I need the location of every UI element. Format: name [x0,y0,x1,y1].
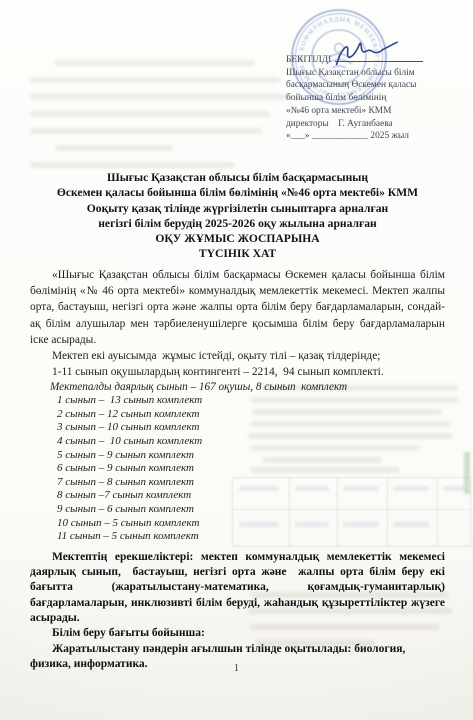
intro-paragraph: «Шығыс Қазақстан облысы білім басқармасы… [30,267,445,348]
class-complect-item: 6 сынып – 9 сынып комплект [57,462,445,476]
class-complect-item: 11 сынып – 5 сынып комплект [57,530,445,544]
class-complect-item: 7 сынып – 8 сынып комплект [57,476,445,490]
class-complect-item: 10 сынып – 5 сынып комплект [57,517,445,531]
document-body: Шығыс Қазақстан облысы білім басқармасын… [0,0,473,720]
signature-icon [331,35,413,75]
class-complect-item: 5 сынып – 9 сынып комплект [57,449,445,463]
title-line: негізгі білім берудің 2025-2026 оқу жылы… [30,216,445,231]
class-complect-item: 3 сынып – 10 сынып комплект [57,421,445,435]
title-line: Өскемен қаласы бойынша білім бөлімінің «… [30,185,445,200]
document-title: Шығыс Қазақстан облысы білім басқармасын… [30,170,445,262]
title-line: Шығыс Қазақстан облысы білім басқармасын… [30,170,445,185]
class-complect-list: 1 сынып – 13 сынып комплект 2 сынып – 12… [57,394,445,544]
title-line: ОҚУ ЖҰМЫС ЖОСПАРЫНА [30,231,445,246]
scanned-document-page: • КОММУНАЛДЫҚ МЕМЛЕКЕТТІК МЕКЕМЕСІ • ӨСК… [0,0,473,720]
class-complect-item: 8 сынып –7 сынып комплект [57,489,445,503]
class-complect-item: 2 сынып – 12 сынып комплект [57,408,445,422]
shift-line: Мектеп екі ауысымда жұмыс істейді, оқыту… [30,348,445,364]
features-paragraph: Мектептің ерекшеліктері: мектеп коммунал… [30,550,445,626]
title-line: Ооқыту қазақ тілінде жүргізілетін сыныпт… [30,201,445,216]
page-number: 1 [0,663,473,674]
title-line: ТҮСІНІК ХАТ [30,246,445,261]
contingent-line: 1-11 сынып оқушылардың контингенті – 221… [30,364,445,380]
class-complect-item: 9 сынып – 6 сынып комплект [57,503,445,517]
preschool-line: Мектепалды даярлық сынып – 167 оқушы, 8 … [50,380,445,394]
class-complect-item: 4 сынып – 10 сынып комплект [57,435,445,449]
direction-heading: Білім беру бағыты бойынша: [30,626,445,641]
class-complect-item: 1 сынып – 13 сынып комплект [57,394,445,408]
